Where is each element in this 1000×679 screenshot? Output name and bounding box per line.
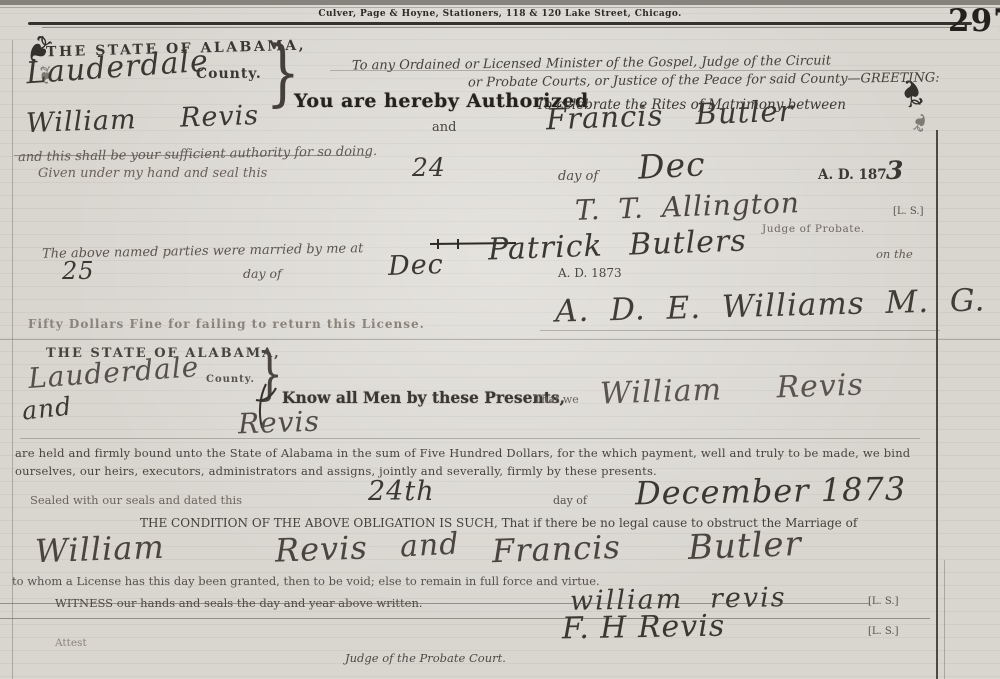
bond-principal-handwritten: William Revis <box>599 367 864 411</box>
header-rule-thick <box>28 22 972 25</box>
and-label: and <box>432 120 456 135</box>
judge-of-probate-title: Judge of Probate. <box>762 223 865 235</box>
surety-signature-handwritten: F. H Revis <box>562 609 726 647</box>
scan-line <box>0 603 870 604</box>
bond-surety-handwritten: Revis <box>237 405 320 441</box>
on-the-label: on the <box>876 247 913 261</box>
scan-line <box>330 70 920 71</box>
attest-label: Attest <box>55 637 87 649</box>
scan-line <box>540 330 940 331</box>
condition-and-handwritten: and <box>399 526 460 564</box>
license-day-handwritten: 24 <box>412 153 446 182</box>
married-day-handwritten: 25 <box>62 257 95 285</box>
married-place-handwritten: Patrick Butlers <box>487 223 747 267</box>
header-rule-thin <box>42 27 964 28</box>
ad-prefix: A. D. 187 <box>818 167 887 183</box>
bond-month-year-handwritten: December 1873 <box>635 470 907 513</box>
bond-day-handwritten: 24th <box>368 476 435 507</box>
corner-ornament-right2-icon: ❧ <box>904 110 937 137</box>
scan-line <box>0 618 930 619</box>
groom-name-handwritten: William Revis <box>26 100 260 139</box>
that-we-label: That we <box>534 393 579 406</box>
bond-obligation-line2: ourselves, our heirs, executors, adminis… <box>15 464 657 478</box>
ls-seal-label-3: [L. S.] <box>868 626 898 637</box>
scan-line <box>0 7 1000 8</box>
fine-warning-line: Fifty Dollars Fine for failing to return… <box>28 317 425 331</box>
know-all-men-heading: Know all Men by these Presents, <box>282 388 565 407</box>
bride-name-handwritten: Francis Butler <box>545 94 794 137</box>
minister-signature-handwritten: A. D. E. Williams M. G. <box>555 282 986 329</box>
bond-county-label: County. <box>206 374 255 385</box>
bond-obligation-line1: are held and firmly bound unto the State… <box>15 446 910 460</box>
judge-signature-handwritten: T. T. Allington <box>574 186 800 227</box>
condition-bride-first-handwritten: Francis <box>491 528 621 570</box>
license-day-of-label: day of <box>558 169 598 184</box>
scan-strike-line <box>14 155 370 156</box>
married-day-of-label: day of <box>243 266 282 281</box>
scan-line <box>20 438 920 439</box>
license-month-handwritten: Dec <box>637 144 706 186</box>
marriage-license-document: Culver, Page & Hoyne, Stationers, 118 & … <box>0 0 1000 679</box>
license-county-label: County. <box>196 66 262 82</box>
bond-day-of-label: day of <box>553 494 587 507</box>
sealed-line: Sealed with our seals and dated this <box>30 493 242 507</box>
condition-groom-first-handwritten: William <box>34 528 165 571</box>
stationer-imprint: Culver, Page & Hoyne, Stationers, 118 & … <box>318 9 681 19</box>
given-line: Given under my hand and seal this <box>38 166 267 181</box>
married-month-handwritten: Dec <box>387 249 444 282</box>
scan-top-edge <box>0 0 1000 5</box>
right-margin-rule <box>936 130 938 679</box>
page-number: 297 <box>948 3 1000 39</box>
ls-seal-label-2: [L. S.] <box>868 596 898 607</box>
right-margin-rule2 <box>944 560 945 679</box>
addressee-line2: or Probate Courts, or Justice of the Pea… <box>468 71 940 91</box>
ls-seal-label-1: [L. S.] <box>893 206 923 217</box>
footer-judge-title: Judge of the Probate Court. <box>345 651 506 665</box>
license-year-digit-handwritten: 3 <box>886 156 904 185</box>
married-ad-year: A. D. 1873 <box>558 266 622 280</box>
condition-bride-last-handwritten: Butler <box>687 524 802 568</box>
void-line: to whom a License has this day been gran… <box>12 574 600 588</box>
section-divider-line <box>0 339 1000 340</box>
condition-groom-last-handwritten: Revis <box>274 528 368 569</box>
bond-and-handwritten: and <box>21 391 74 425</box>
